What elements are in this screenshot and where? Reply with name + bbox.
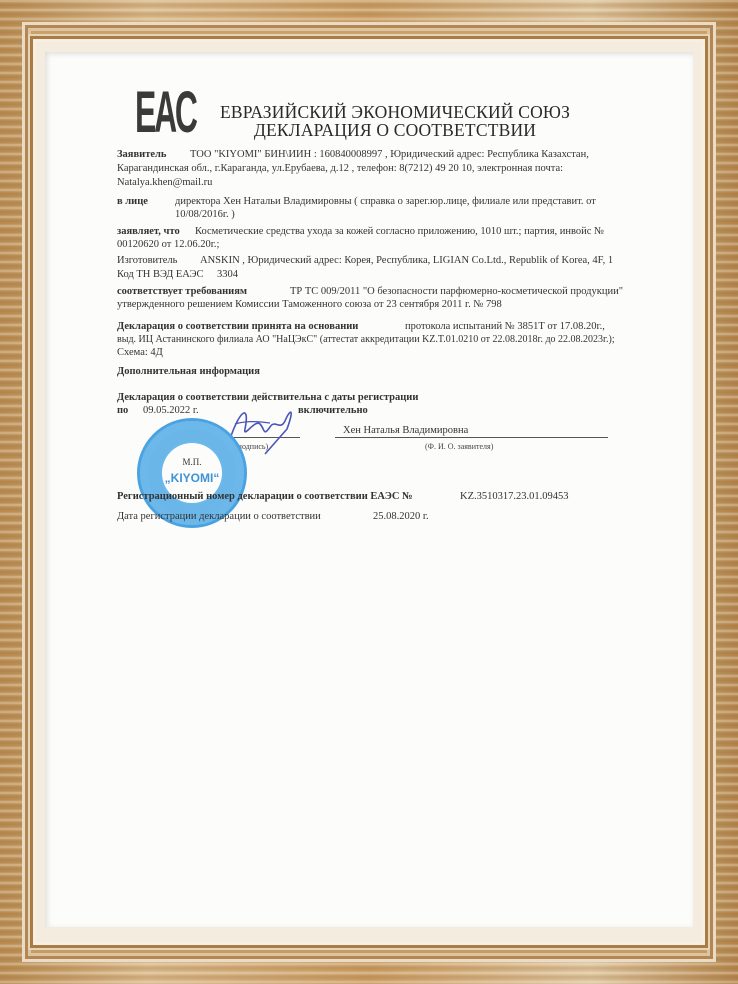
declares-label: заявляет, что bbox=[117, 225, 180, 238]
validity-inclusive: включительно bbox=[298, 404, 368, 417]
stamp-mp-label: М.П. bbox=[140, 457, 244, 467]
complies-label: соответствует требованиям bbox=[117, 285, 247, 298]
basis-line3: Схема: 4Д bbox=[117, 346, 163, 359]
wooden-picture-frame: EAC ЕВРАЗИЙСКИЙ ЭКОНОМИЧЕСКИЙ СОЮЗ ДЕКЛА… bbox=[0, 0, 738, 984]
manufacturer-label: Изготовитель bbox=[117, 254, 177, 267]
declares-line1: Косметические средства ухода за кожей со… bbox=[195, 225, 604, 238]
registration-date-label: Дата регистрации декларации о соответств… bbox=[117, 510, 321, 523]
registration-number-label: Регистрационный номер декларации о соотв… bbox=[117, 490, 413, 503]
registration-number: KZ.3510317.23.01.09453 bbox=[460, 490, 569, 503]
declaration-document: EAC ЕВРАЗИЙСКИЙ ЭКОНОМИЧЕСКИЙ СОЮЗ ДЕКЛА… bbox=[45, 52, 693, 927]
validity-until-date: 09.05.2022 г. bbox=[143, 404, 199, 417]
manufacturer-value: ANSKIN , Юридический адрес: Корея, Респу… bbox=[200, 254, 613, 267]
represented-by-label: в лице bbox=[117, 195, 148, 208]
basis-line2: выд. ИЦ Астанинского филиала АО "НаЦЭкС"… bbox=[117, 333, 615, 346]
hs-code-value: 3304 bbox=[217, 268, 238, 281]
registration-date: 25.08.2020 г. bbox=[373, 510, 429, 523]
applicant-label: Заявитель bbox=[117, 148, 166, 161]
represented-by-line1: директора Хен Натальи Владимировны ( спр… bbox=[175, 195, 596, 208]
applicant-line2: Карагандинская обл., г.Караганда, ул.Еру… bbox=[117, 162, 563, 175]
complies-line2: утвержденного решением Комиссии Таможенн… bbox=[117, 298, 502, 311]
complies-line1: ТР ТС 009/2011 "О безопасности парфюмерн… bbox=[290, 285, 623, 298]
validity-until-label: по bbox=[117, 404, 128, 417]
applicant-name: Хен Наталья Владимировна bbox=[343, 424, 468, 437]
document-title-declaration: ДЕКЛАРАЦИЯ О СООТВЕТСТВИИ bbox=[175, 120, 615, 141]
hs-code-label: Код ТН ВЭД ЕАЭС bbox=[117, 268, 204, 281]
eac-logo: EAC bbox=[135, 88, 171, 138]
additional-info-label: Дополнительная информация bbox=[117, 365, 260, 378]
applicant-email: Natalya.khen@mail.ru bbox=[117, 176, 212, 189]
name-line bbox=[335, 437, 608, 438]
declares-line2: 00120620 от 12.06.20г.; bbox=[117, 238, 219, 251]
name-caption: (Ф. И. О. заявителя) bbox=[425, 440, 493, 453]
basis-label: Декларация о соответствии принята на осн… bbox=[117, 320, 358, 333]
basis-line1: протокола испытаний № 3851Т от 17.08.20г… bbox=[405, 320, 605, 333]
stamp-company-name: „KIYOMI“ bbox=[140, 471, 244, 485]
represented-by-line2: 10/08/2016г. ) bbox=[175, 208, 235, 221]
applicant-line1: ТОО "KIYOMI" БИН\ИИН : 160840008997 , Юр… bbox=[190, 148, 589, 161]
